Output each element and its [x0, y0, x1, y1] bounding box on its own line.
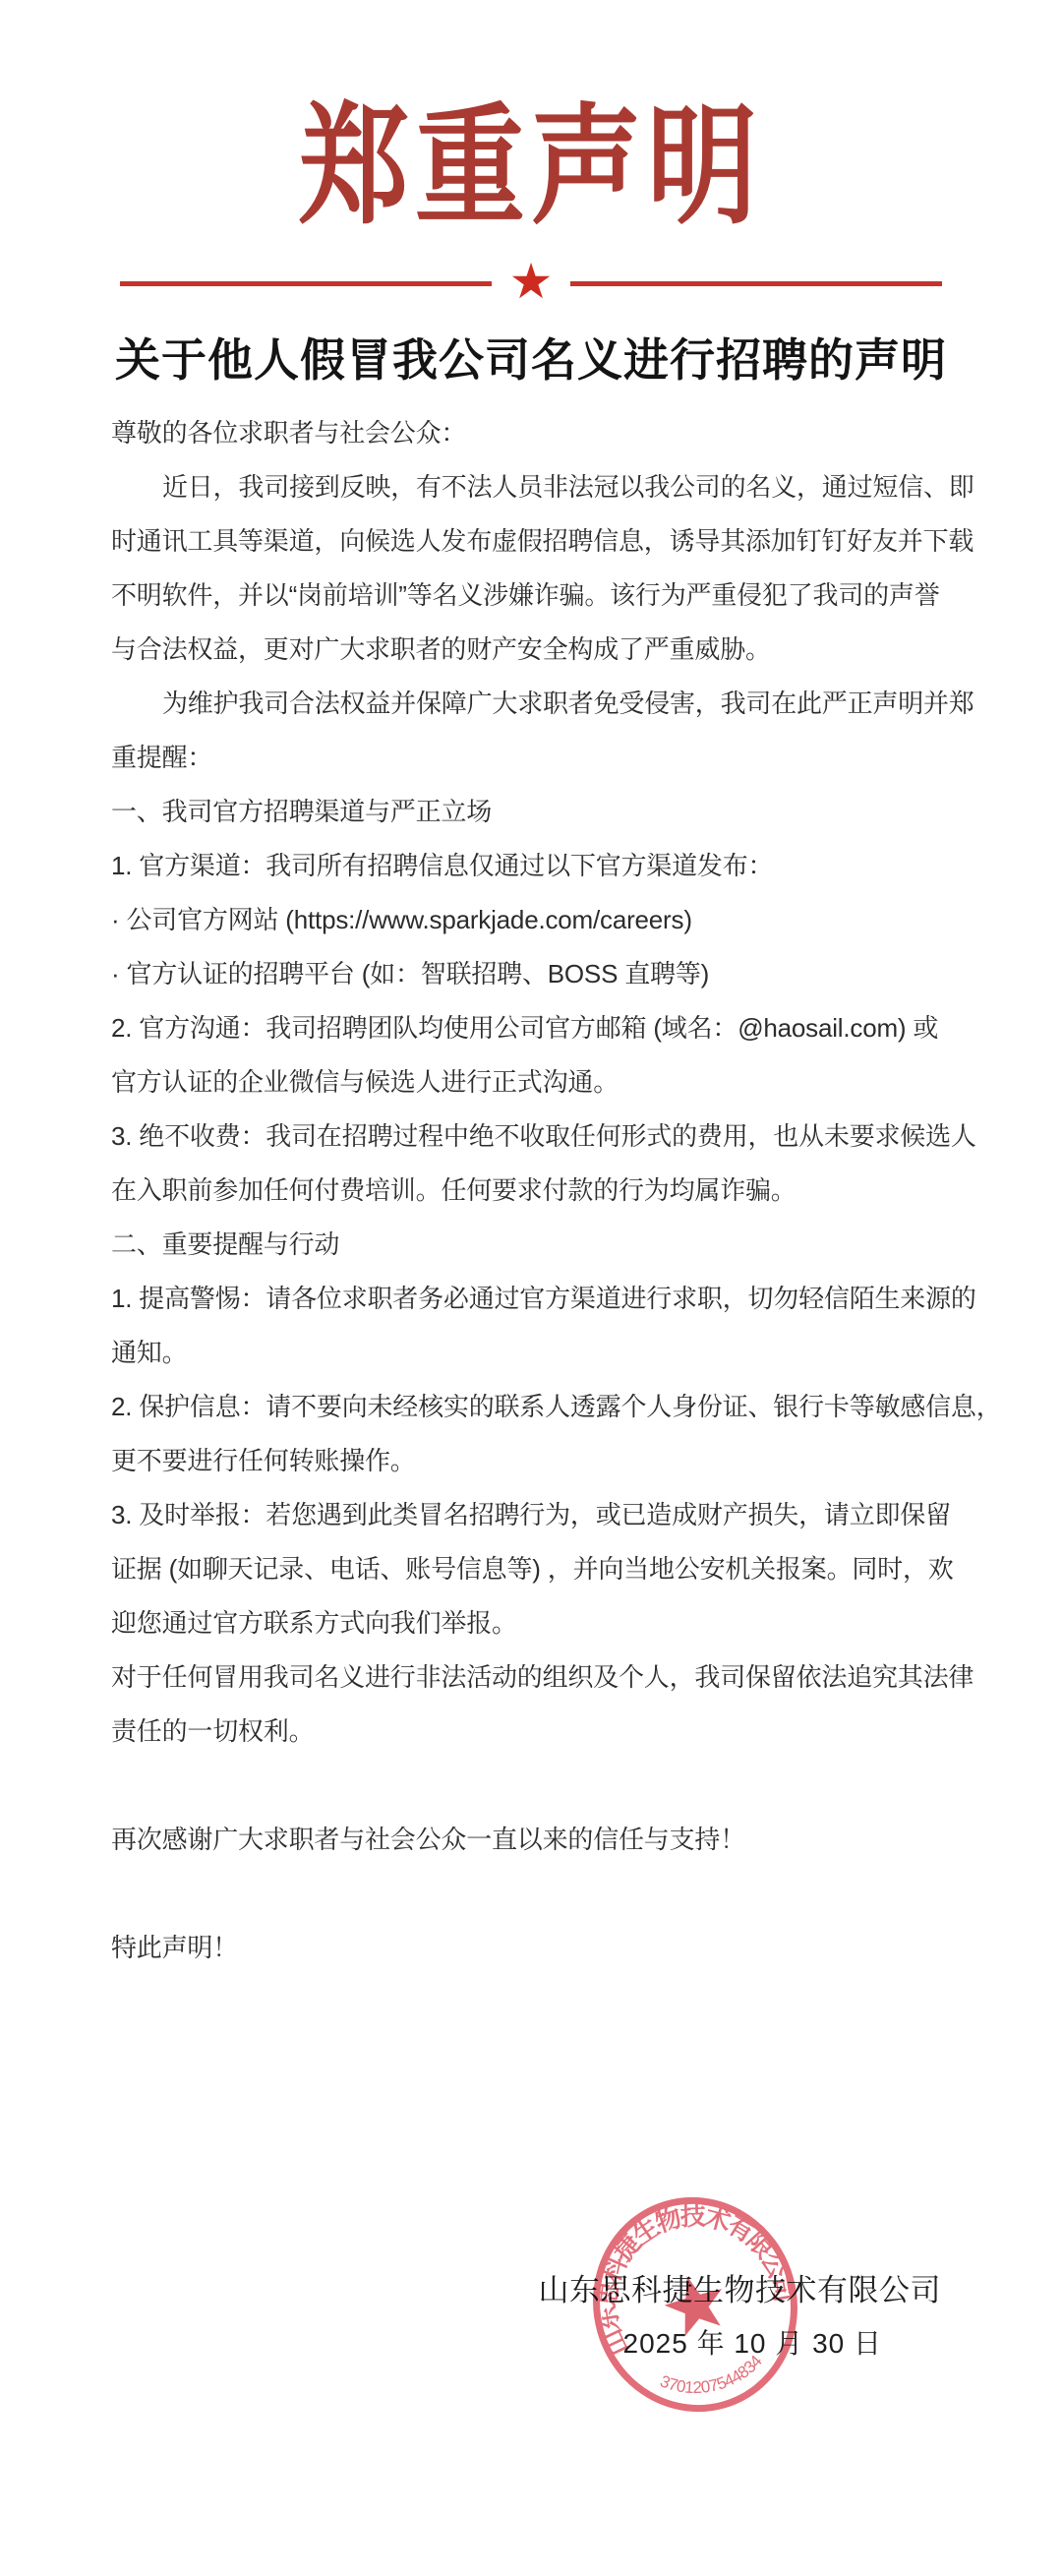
body-line: 与合法权益，更对广大求职者的财产安全构成了严重威胁。	[111, 623, 953, 677]
divider-line-left	[120, 281, 492, 286]
body-line	[111, 1867, 953, 1921]
body-line: 证据 (如聊天记录、电话、账号信息等) ，并向当地公安机关报案。同时，欢	[111, 1542, 953, 1596]
body-line: 近日，我司接到反映，有不法人员非法冠以我公司的名义，通过短信、即	[111, 460, 953, 514]
seal-star-icon	[659, 2268, 732, 2339]
body-line: 一、我司官方招聘渠道与严正立场	[111, 785, 953, 839]
statement-subtitle: 关于他人假冒我公司名义进行招聘的声明	[0, 325, 1062, 389]
body-line: 对于任何冒用我司名义进行非法活动的组织及个人，我司保留依法追究其法律	[111, 1650, 953, 1705]
body-line: 1. 提高警惕：请各位求职者务必通过官方渠道进行求职，切勿轻信陌生来源的	[111, 1272, 953, 1326]
body-line	[111, 1759, 953, 1813]
divider-line-right	[570, 281, 942, 286]
body-line: 3. 及时举报：若您遇到此类冒名招聘行为，或已造成财产损失，请立即保留	[111, 1488, 953, 1542]
body-line: 迎您通过官方联系方式向我们举报。	[111, 1596, 953, 1650]
body-line: 责任的一切权利。	[111, 1705, 953, 1759]
body-line: 时通讯工具等渠道，向候选人发布虚假招聘信息，诱导其添加钉钉好友并下载	[111, 514, 953, 569]
body-line: 官方认证的企业微信与候选人进行正式沟通。	[111, 1055, 953, 1109]
body-line: 重提醒：	[111, 731, 953, 785]
title-divider: ★	[0, 258, 1062, 309]
statement-document: 郑重声明 ★ 关于他人假冒我公司名义进行招聘的声明 尊敬的各位求职者与社会公众：…	[0, 0, 1062, 2576]
body-line: 2. 保护信息：请不要向未经核实的联系人透露个人身份证、银行卡等敏感信息，	[111, 1380, 953, 1434]
company-seal-stamp: 山东思科捷生物技术有限公司 3701207544834	[582, 2191, 808, 2418]
body-line: 二、重要提醒与行动	[111, 1218, 953, 1272]
seal-number: 3701207544834	[654, 2344, 772, 2410]
body-line: 尊敬的各位求职者与社会公众：	[111, 406, 953, 460]
body-line: · 公司官方网站 (https://www.sparkjade.com/care…	[111, 893, 953, 947]
body-line: 3. 绝不收费：我司在招聘过程中绝不收取任何形式的费用，也从未要求候选人	[111, 1109, 953, 1164]
statement-body: 尊敬的各位求职者与社会公众：近日，我司接到反映，有不法人员非法冠以我公司的名义，…	[111, 406, 953, 1975]
body-line: 为维护我司合法权益并保障广大求职者免受侵害，我司在此严正声明并郑	[111, 677, 953, 731]
body-line: · 官方认证的招聘平台 (如：智联招聘、BOSS 直聘等)	[111, 947, 953, 1001]
body-line: 在入职前参加任何付费培训。任何要求付款的行为均属诈骗。	[111, 1164, 953, 1218]
page-title: 郑重声明	[0, 102, 1062, 232]
seal-ring-text: 山东思科捷生物技术有限公司	[582, 2191, 803, 2362]
body-line: 通知。	[111, 1326, 953, 1380]
star-icon: ★	[509, 257, 554, 306]
body-line: 再次感谢广大求职者与社会公众一直以来的信任与支持！	[111, 1813, 953, 1867]
body-line: 1. 官方渠道：我司所有招聘信息仅通过以下官方渠道发布：	[111, 839, 953, 893]
body-line: 更不要进行任何转账操作。	[111, 1434, 953, 1488]
body-line: 不明软件，并以“岗前培训”等名义涉嫌诈骗。该行为严重侵犯了我司的声誉	[111, 569, 953, 623]
body-line: 2. 官方沟通：我司招聘团队均使用公司官方邮箱 (域名：@haosail.com…	[111, 1001, 953, 1055]
body-line: 特此声明！	[111, 1921, 953, 1975]
